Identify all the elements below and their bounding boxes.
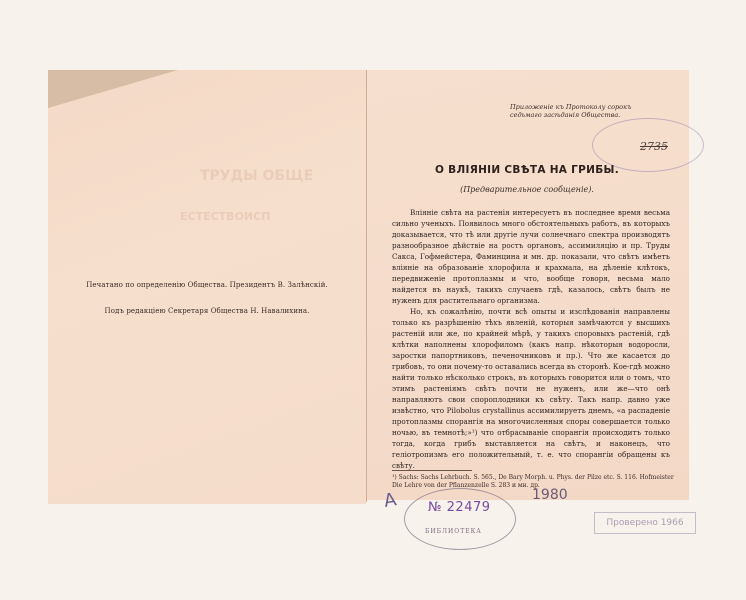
imprint-line: Печатано по определенію Общества. Презид… — [48, 281, 366, 289]
protocol-annotation: Приложеніе къ Протоколу сорокъ седьмаго … — [510, 103, 660, 119]
folded-corner — [48, 70, 178, 108]
editor-line: Подъ редакціею Секретаря Общества Н. Нав… — [48, 307, 366, 315]
verification-stamp: Проверено 1966 — [594, 512, 696, 534]
article-body: Вліяніе свѣта на растенія интересуетъ въ… — [392, 207, 670, 471]
article-title: О ВЛІЯНІИ СВѢТА НА ГРИБЫ. — [366, 164, 688, 176]
library-stamp-number: № 22479 — [428, 500, 491, 515]
bleed-through-text-2: ЕСТЕСТВОИСП — [180, 210, 270, 223]
archive-stamp-number: 2735 — [640, 140, 668, 153]
page-spine — [366, 70, 367, 502]
paragraph: Вліяніе свѣта на растенія интересуетъ въ… — [392, 207, 670, 306]
library-stamp-label: БИБЛИОТЕКА — [425, 528, 482, 535]
footnote-rule — [392, 470, 472, 471]
article-subtitle: (Предварительное сообщеніе). — [366, 185, 688, 194]
bleed-through-text-1: ТРУДЫ ОБЩЕ — [200, 168, 313, 184]
library-stamp — [404, 488, 516, 550]
paragraph: Но, къ сожалѣнію, почти всѣ опыты и изсл… — [392, 306, 670, 471]
handwritten-year: 1980 — [532, 487, 568, 503]
